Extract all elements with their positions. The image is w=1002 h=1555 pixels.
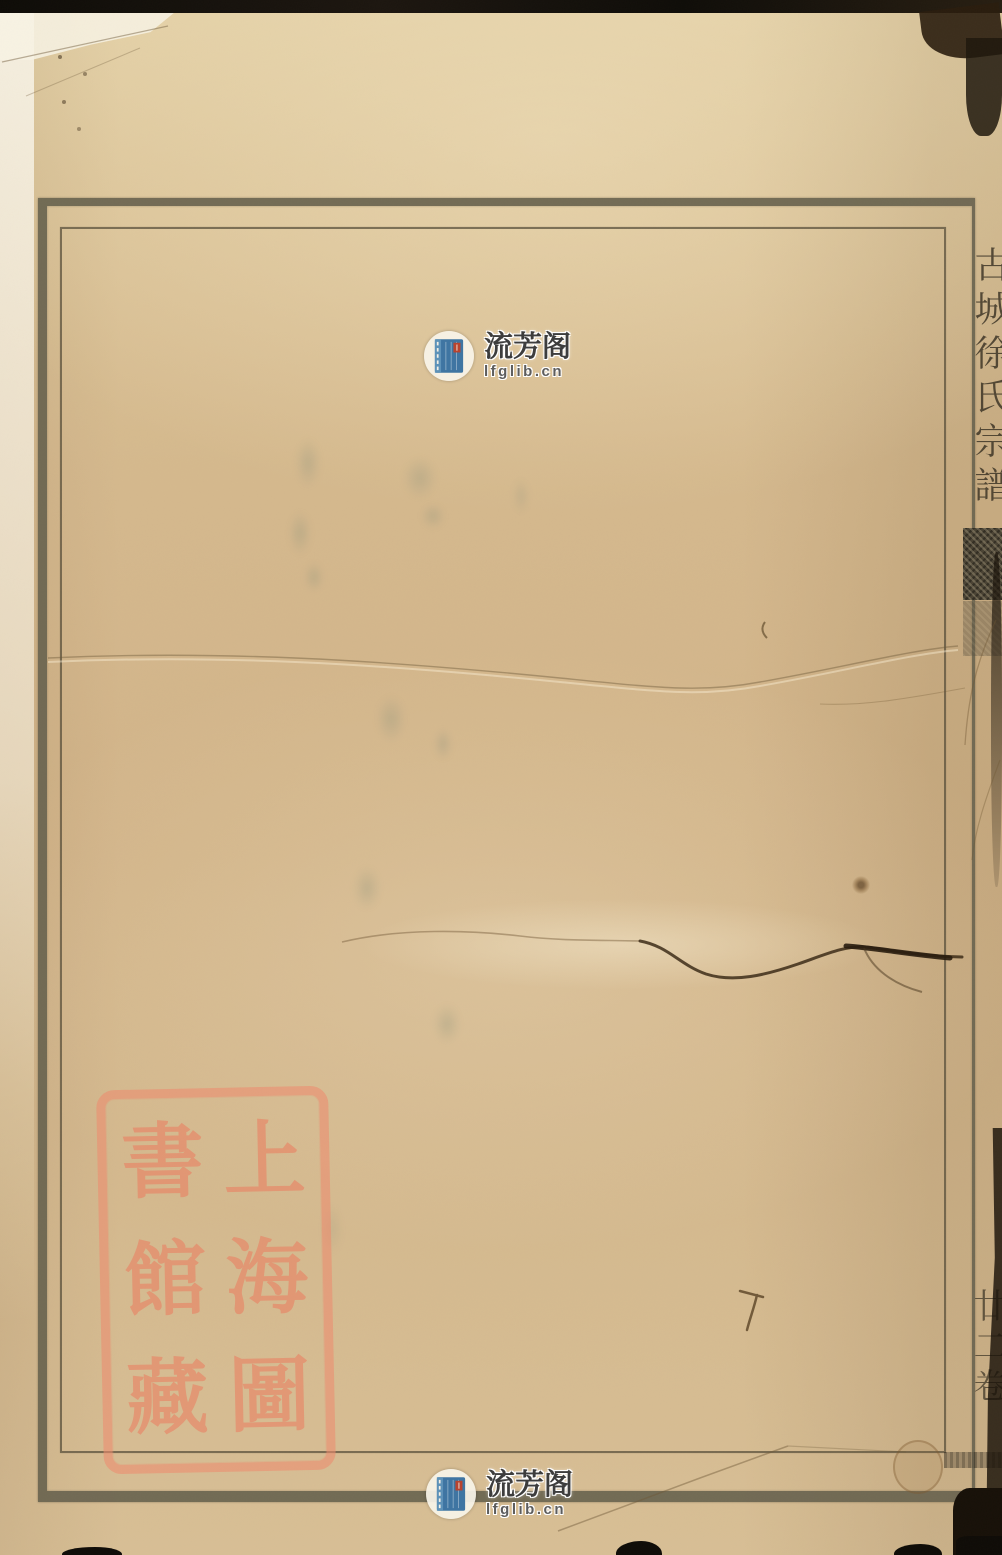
seal-character: 海 — [216, 1221, 318, 1337]
page-left-margin — [0, 0, 34, 1555]
paper-stain — [893, 1440, 943, 1494]
watermark-badge — [426, 1469, 476, 1519]
edge-blob — [894, 1544, 942, 1555]
watermark-text: 流芳阁 lfglib.cn — [486, 1470, 573, 1518]
torn-edge-right — [991, 552, 1002, 887]
genealogy-page-scan: 古城徐氏宗譜 廿二卷 上 海 圖 書 館 藏 — [0, 0, 1002, 1555]
seal-character: 藏 — [116, 1341, 218, 1457]
watermark-site-name: 流芳阁 — [486, 1470, 573, 1500]
torn-edge-top-right — [966, 38, 1002, 136]
watermark-text: 流芳阁 lfglib.cn — [484, 332, 571, 380]
spine-title: 古城徐氏宗譜 — [965, 246, 1002, 510]
watermark-site-domain: lfglib.cn — [486, 1502, 573, 1518]
seal-column-right: 上 海 圖 — [213, 1103, 320, 1455]
seal-character: 上 — [213, 1103, 315, 1219]
seal-character: 圖 — [218, 1339, 320, 1455]
book-icon — [434, 338, 464, 374]
book-icon — [436, 1476, 466, 1512]
paper-stain — [852, 876, 870, 894]
watermark-site-domain: lfglib.cn — [484, 364, 571, 380]
tear-highlight — [336, 896, 906, 1011]
watermark-site-name: 流芳阁 — [484, 332, 571, 362]
watermark-badge — [424, 331, 474, 381]
seal-character: 館 — [114, 1223, 216, 1339]
seal-column-left: 書 館 藏 — [111, 1105, 218, 1457]
edge-blob — [616, 1541, 662, 1555]
site-watermark-top: 流芳阁 lfglib.cn — [424, 331, 571, 381]
seal-character: 書 — [111, 1105, 213, 1221]
torn-paper-patch — [0, 12, 175, 60]
edge-blob — [956, 1536, 1002, 1555]
paper-specks — [58, 55, 62, 59]
edge-blob — [62, 1547, 122, 1555]
site-watermark-bottom: 流芳阁 lfglib.cn — [426, 1469, 573, 1519]
book-edge-top — [0, 0, 1002, 13]
library-seal: 上 海 圖 書 館 藏 — [96, 1086, 336, 1475]
